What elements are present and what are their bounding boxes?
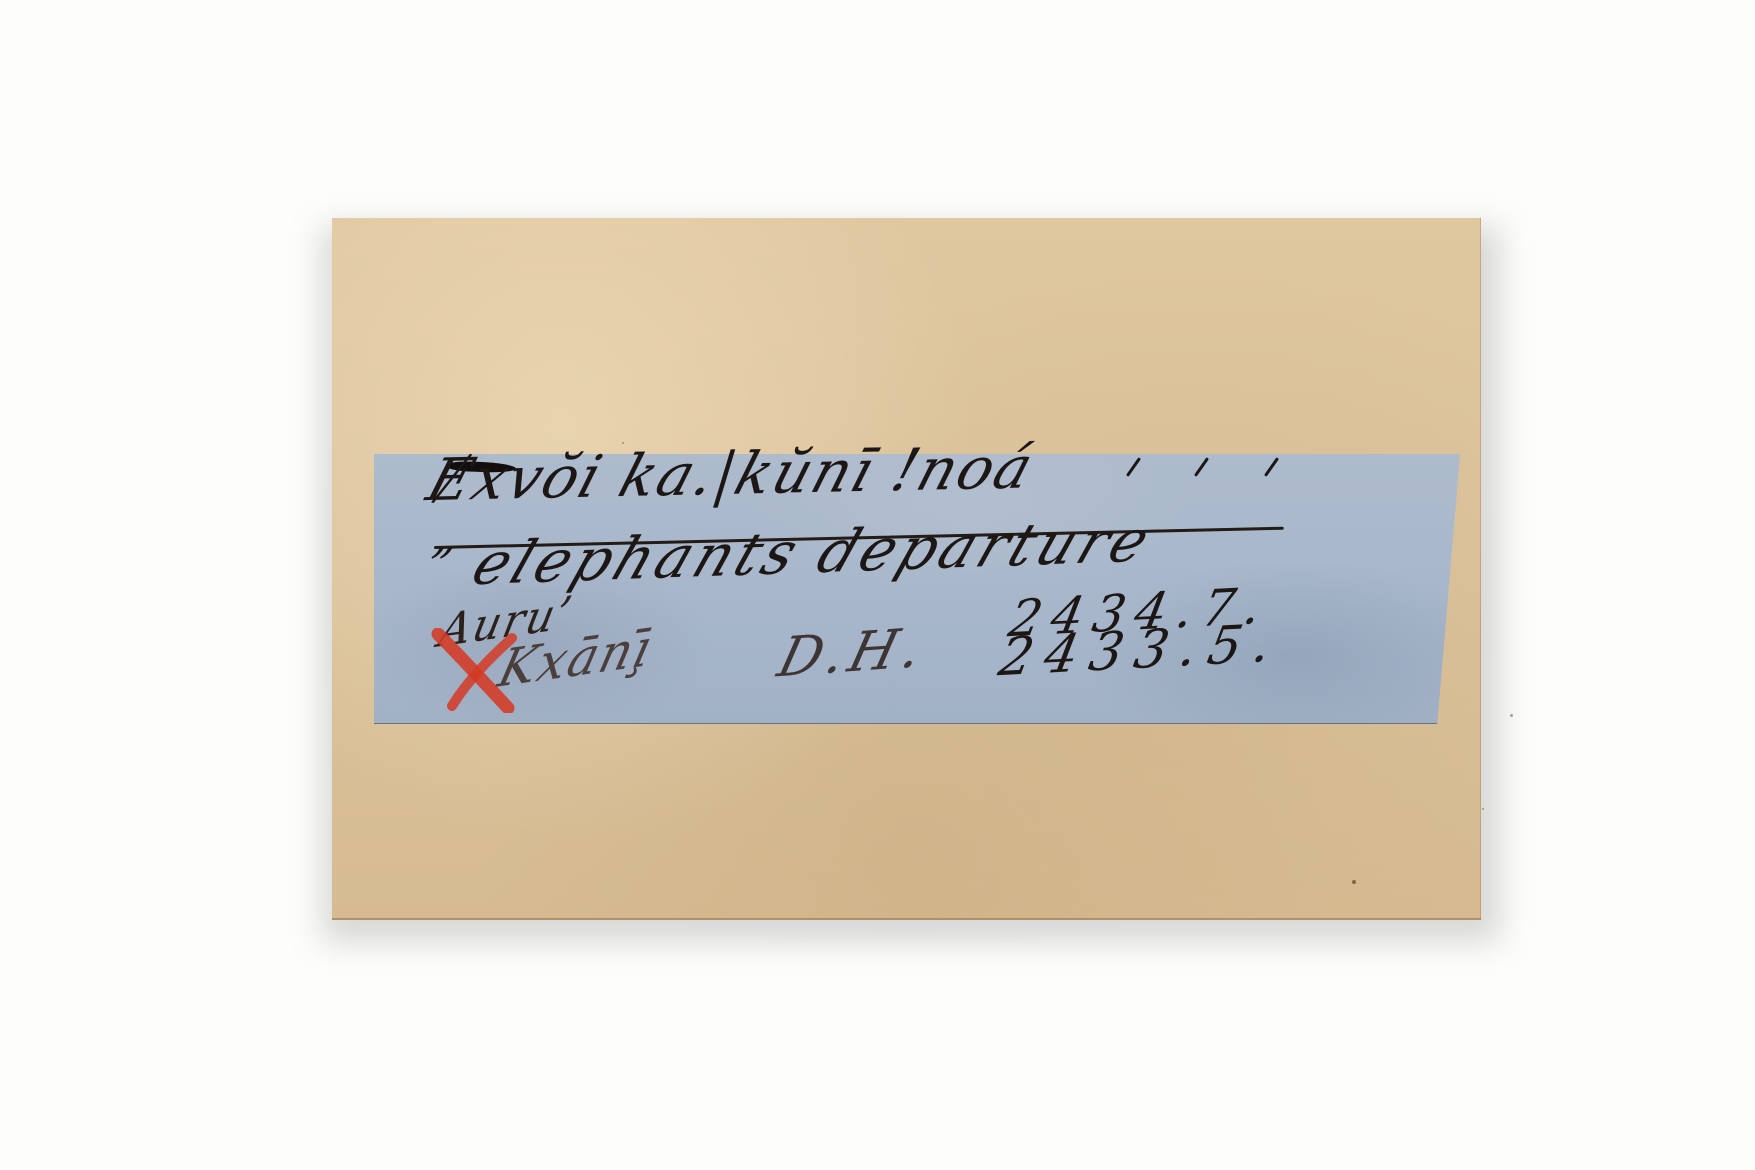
- paper-speck: [1482, 808, 1484, 810]
- paper-speck: [1510, 714, 1513, 717]
- paper-speck: [1352, 880, 1356, 884]
- paper-speck: [622, 442, 624, 444]
- blue-paper-slip: [374, 454, 1460, 724]
